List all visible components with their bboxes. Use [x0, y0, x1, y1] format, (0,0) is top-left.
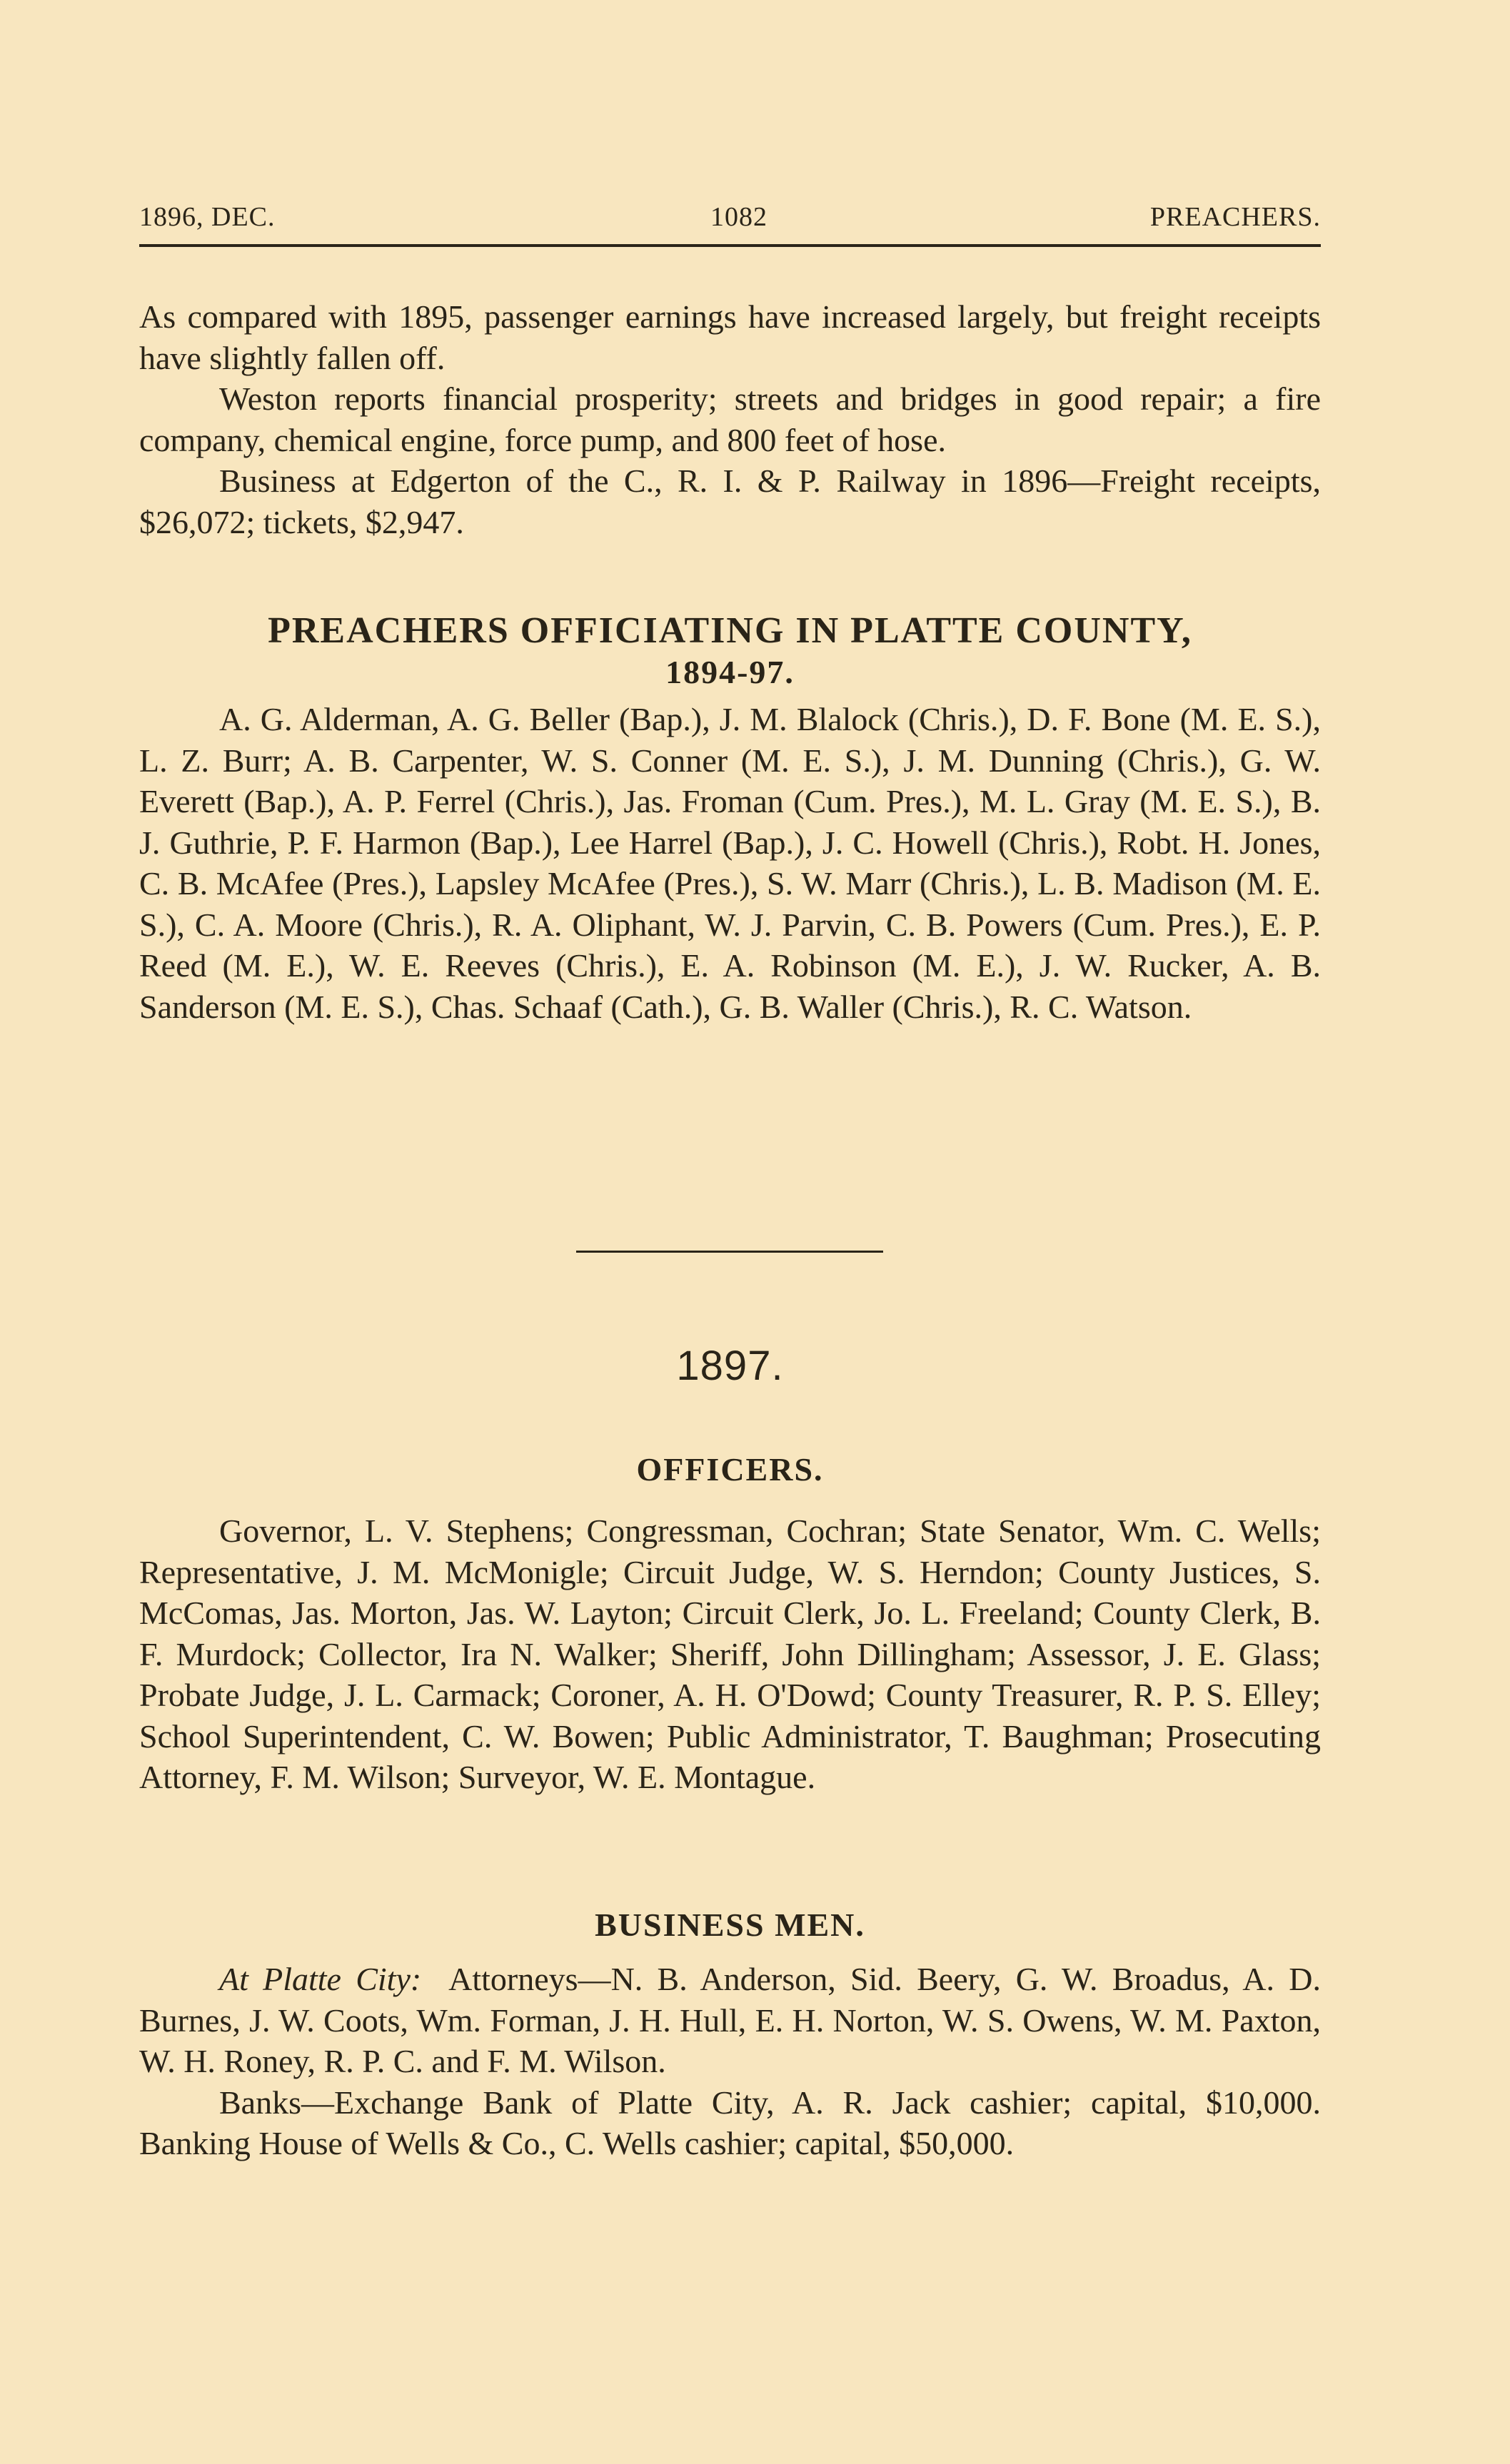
intro-section: As compared with 1895, passenger earning…: [139, 296, 1321, 542]
preachers-section: PREACHERS OFFICIATING IN PLATTE COUNTY, …: [139, 610, 1321, 1027]
running-head-section: PREACHERS.: [1150, 201, 1321, 233]
business-men-heading: BUSINESS MEN.: [139, 1904, 1321, 1946]
attorneys-paragraph: At Platte City: Attorneys—N. B. Anderson…: [139, 1959, 1321, 2082]
section-divider: [576, 1251, 883, 1253]
officers-section: OFFICERS. Governor, L. V. Stephens; Cong…: [139, 1449, 1321, 1798]
officers-list: Governor, L. V. Stephens; Congressman, C…: [139, 1510, 1321, 1798]
running-head-date: 1896, DEC.: [139, 201, 276, 233]
paragraph-weston: Weston reports financial prosperity; str…: [139, 378, 1321, 460]
location-lead: At Platte City:: [219, 1961, 421, 1997]
preachers-heading: PREACHERS OFFICIATING IN PLATTE COUNTY,: [139, 610, 1321, 652]
officers-heading: OFFICERS.: [139, 1449, 1321, 1490]
page-number: 1082: [710, 201, 767, 233]
running-head: 1896, DEC. 1082 PREACHERS.: [139, 201, 1321, 237]
paragraph-passenger-earnings: As compared with 1895, passenger earning…: [139, 296, 1321, 378]
year-heading: 1897.: [139, 1342, 1321, 1390]
header-rule-divider: [139, 244, 1321, 247]
banks-paragraph: Banks—Exchange Bank of Platte City, A. R…: [139, 2082, 1321, 2164]
preachers-heading-years: 1894-97.: [139, 652, 1321, 693]
paragraph-edgerton: Business at Edgerton of the C., R. I. & …: [139, 460, 1321, 542]
preachers-list: A. G. Alderman, A. G. Beller (Bap.), J. …: [139, 699, 1321, 1027]
business-men-section: BUSINESS MEN. At Platte City: Attorneys—…: [139, 1904, 1321, 2164]
